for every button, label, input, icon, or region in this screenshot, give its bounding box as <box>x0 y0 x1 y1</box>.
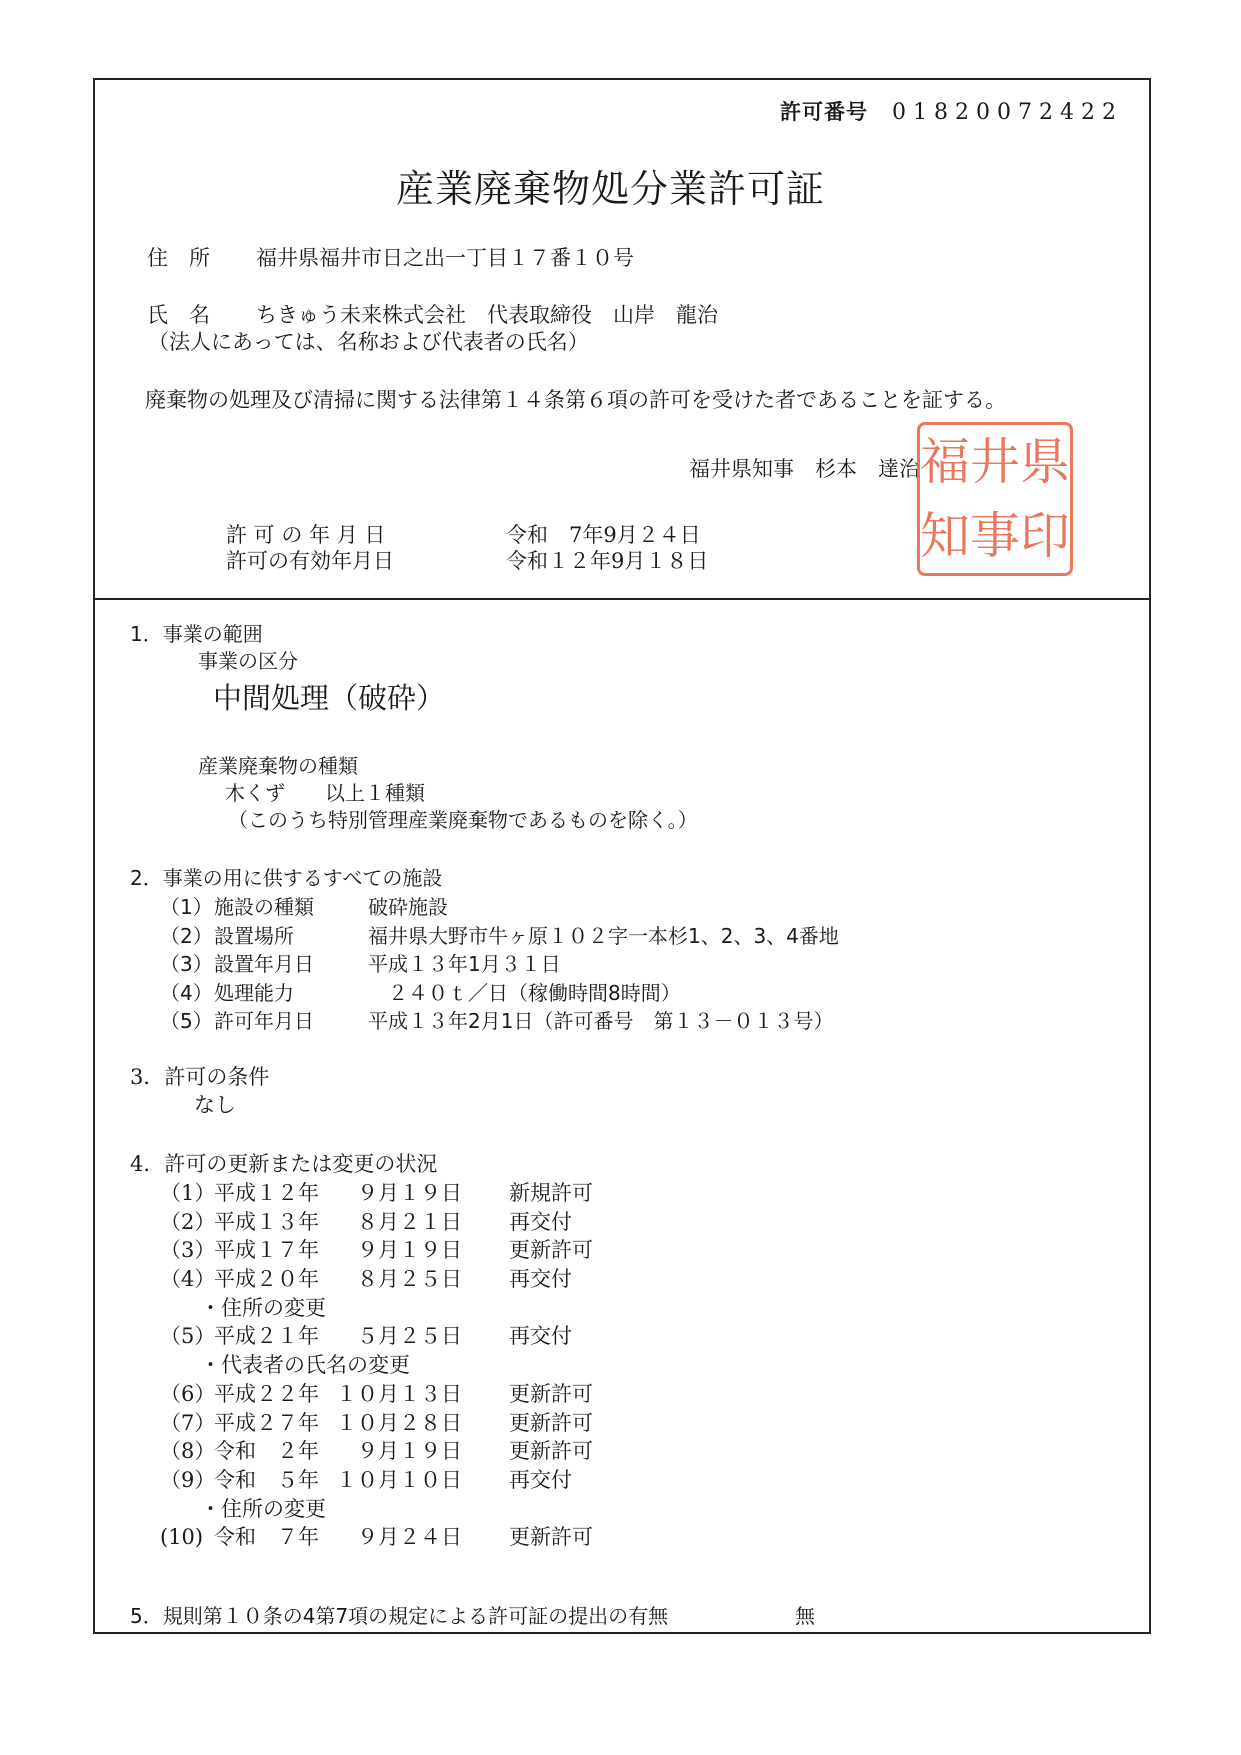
history-type: 再交付 <box>509 1265 572 1294</box>
history-year: 平成２０年 <box>214 1265 336 1294</box>
name-value: ちきゅう未来株式会社 代表取締役 山岸 龍治 <box>256 299 718 329</box>
business-type-value: 中間処理（破砕） <box>213 676 445 717</box>
history-date: ８月２１日 <box>336 1208 509 1237</box>
history-no: （3） <box>160 1236 214 1265</box>
waste-types-note: （このうち特別管理産業廃棄物であるものを除く。） <box>228 806 698 835</box>
history-year: 令和 ５年 <box>214 1466 336 1495</box>
history-year: 平成２１年 <box>214 1322 336 1351</box>
section5-heading: 5．規則第１０条の4第7項の規定による許可証の提出の有無 <box>130 1602 668 1631</box>
history-date: ８月２５日 <box>336 1265 509 1294</box>
history-type: 新規許可 <box>509 1179 593 1208</box>
history-date: １０月２８日 <box>336 1409 509 1438</box>
history-year: 平成１２年 <box>214 1179 336 1208</box>
history-row: （5） 平成２１年 ５月２５日 再交付 <box>160 1322 593 1351</box>
permit-number: 許可番号01820072422 <box>780 96 1123 126</box>
waste-types-label: 産業廃棄物の種類 <box>198 752 358 781</box>
history-row: （6） 平成２２年 １０月１３日 更新許可 <box>160 1380 593 1409</box>
name-label: 氏 名 <box>147 299 210 329</box>
history-year: 令和 ７年 <box>214 1523 336 1552</box>
history-year: 令和 ２年 <box>214 1437 336 1466</box>
history-type: 更新許可 <box>509 1380 593 1409</box>
facility-value: 福井県大野市牛ヶ原１０２字一本杉1、2、3、4番地 <box>368 922 839 951</box>
facility-no: （1） <box>160 893 214 922</box>
history-list: （1） 平成１２年 ９月１９日 新規許可 （2） 平成１３年 ８月２１日 再交付… <box>160 1179 593 1552</box>
facility-row: （2） 設置場所 福井県大野市牛ヶ原１０２字一本杉1、2、3、4番地 <box>160 922 839 951</box>
history-note-text: ・住所の変更 <box>200 1495 326 1524</box>
facility-value: ２４０ｔ／日（稼働時間8時間） <box>368 979 681 1008</box>
history-row: （7） 平成２７年 １０月２８日 更新許可 <box>160 1409 593 1438</box>
history-no: （1） <box>160 1179 214 1208</box>
history-date: １０月１３日 <box>336 1380 509 1409</box>
history-type: 更新許可 <box>509 1437 593 1466</box>
section2-heading: 2．事業の用に供するすべての施設 <box>130 864 442 893</box>
history-row: （9） 令和 ５年 １０月１０日 再交付 <box>160 1466 593 1495</box>
facility-no: （3） <box>160 950 214 979</box>
valid-until-value: 令和１２年9月１８日 <box>506 545 708 575</box>
facility-label: 施設の種類 <box>214 893 368 922</box>
history-no: （9） <box>160 1466 214 1495</box>
facility-no: （5） <box>160 1007 214 1036</box>
history-note-text: ・住所の変更 <box>200 1294 326 1323</box>
address-label: 住 所 <box>147 242 210 272</box>
address-value: 福井県福井市日之出一丁目１７番１０号 <box>256 242 634 272</box>
facility-label: 処理能力 <box>214 979 368 1008</box>
facility-row: （3） 設置年月日 平成１３年1月３１日 <box>160 950 839 979</box>
section3-value: なし <box>194 1091 236 1120</box>
history-type: 再交付 <box>509 1466 572 1495</box>
history-year: 平成２２年 <box>214 1380 336 1409</box>
facility-value: 破砕施設 <box>368 893 448 922</box>
name-note: （法人にあっては、名称および代表者の氏名） <box>148 326 589 356</box>
facilities-list: （1） 施設の種類 破砕施設 （2） 設置場所 福井県大野市牛ヶ原１０２字一本杉… <box>160 893 839 1036</box>
history-no: （4） <box>160 1265 214 1294</box>
history-year: 平成２７年 <box>214 1409 336 1438</box>
governor-seal: 福 井 県 知 事 印 <box>917 422 1073 576</box>
section4-heading: 4．許可の更新または変更の状況 <box>130 1150 437 1179</box>
waste-types-value: 木くず 以上１種類 <box>225 779 425 808</box>
history-type: 更新許可 <box>509 1236 593 1265</box>
facility-label: 許可年月日 <box>214 1007 368 1036</box>
history-type: 更新許可 <box>509 1409 593 1438</box>
permit-number-label: 許可番号 <box>780 100 868 124</box>
history-no: （7） <box>160 1409 214 1438</box>
history-row: （2） 平成１３年 ８月２１日 再交付 <box>160 1208 593 1237</box>
history-type: 再交付 <box>509 1208 572 1237</box>
valid-until-label: 許可の有効年月日 <box>226 545 394 575</box>
history-note: ・住所の変更 <box>160 1294 593 1323</box>
history-date: ９月２４日 <box>336 1523 509 1552</box>
facility-no: （2） <box>160 922 214 951</box>
history-date: ９月１９日 <box>336 1236 509 1265</box>
history-year: 平成１３年 <box>214 1208 336 1237</box>
history-type: 更新許可 <box>509 1523 593 1552</box>
seal-char: 県 <box>1020 437 1070 487</box>
section3-heading: 3．許可の条件 <box>130 1063 269 1092</box>
page-title: 産業廃棄物処分業許可証 <box>396 158 825 213</box>
certification-statement: 廃棄物の処理及び清掃に関する法律第１４条第６項の許可を受けた者であることを証する… <box>145 384 1006 414</box>
history-row: （4） 平成２０年 ８月２５日 再交付 <box>160 1265 593 1294</box>
history-row: （8） 令和 ２年 ９月１９日 更新許可 <box>160 1437 593 1466</box>
facility-row: （1） 施設の種類 破砕施設 <box>160 893 839 922</box>
section-divider <box>93 598 1151 600</box>
issuer-name: 福井県知事 杉本 達治 <box>689 453 920 483</box>
history-row: （3） 平成１７年 ９月１９日 更新許可 <box>160 1236 593 1265</box>
section5-value: 無 <box>795 1602 815 1631</box>
facility-row: （5） 許可年月日 平成１３年2月1日（許可番号 第１３－０１３号） <box>160 1007 839 1036</box>
history-no: (10) <box>160 1523 214 1552</box>
history-date: １０月１０日 <box>336 1466 509 1495</box>
facility-value: 平成１３年1月３１日 <box>368 950 561 979</box>
history-row: (10) 令和 ７年 ９月２４日 更新許可 <box>160 1523 593 1552</box>
history-date: ９月１９日 <box>336 1437 509 1466</box>
permit-number-value: 01820072422 <box>892 100 1123 125</box>
seal-char: 事 <box>970 511 1020 561</box>
history-year: 平成１７年 <box>214 1236 336 1265</box>
facility-row: （4） 処理能力 ２４０ｔ／日（稼働時間8時間） <box>160 979 839 1008</box>
history-date: ５月２５日 <box>336 1322 509 1351</box>
history-note: ・代表者の氏名の変更 <box>160 1351 593 1380</box>
seal-char: 福 <box>920 437 970 487</box>
history-no: （5） <box>160 1322 214 1351</box>
business-type-label: 事業の区分 <box>198 647 298 676</box>
history-no: （8） <box>160 1437 214 1466</box>
seal-char: 印 <box>1020 511 1070 561</box>
seal-char: 知 <box>920 511 970 561</box>
history-no: （6） <box>160 1380 214 1409</box>
section1-heading: 1．事業の範囲 <box>130 620 263 649</box>
seal-char: 井 <box>970 437 1020 487</box>
history-row: （1） 平成１２年 ９月１９日 新規許可 <box>160 1179 593 1208</box>
facility-label: 設置年月日 <box>214 950 368 979</box>
history-note-text: ・代表者の氏名の変更 <box>200 1351 410 1380</box>
history-no: （2） <box>160 1208 214 1237</box>
facility-no: （4） <box>160 979 214 1008</box>
facility-value: 平成１３年2月1日（許可番号 第１３－０１３号） <box>368 1007 833 1036</box>
facility-label: 設置場所 <box>214 922 368 951</box>
history-type: 再交付 <box>509 1322 572 1351</box>
history-date: ９月１９日 <box>336 1179 509 1208</box>
history-note: ・住所の変更 <box>160 1495 593 1524</box>
